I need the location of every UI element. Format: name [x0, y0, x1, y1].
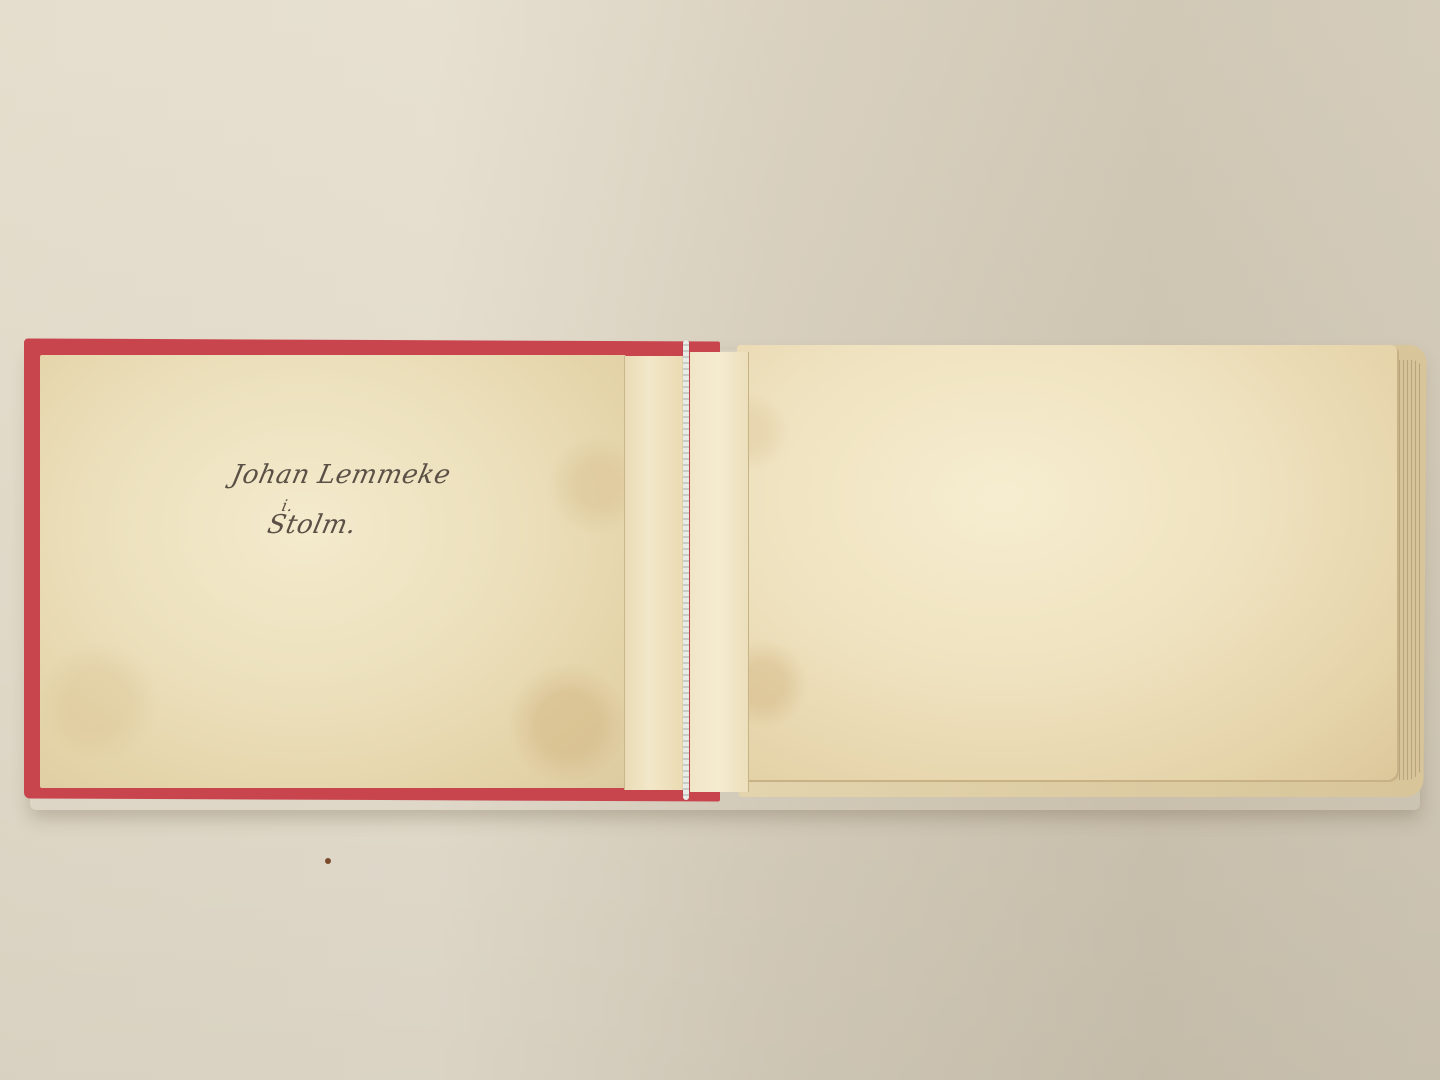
handwritten-inscription: Johan Lemmeke i. Stolm.: [232, 462, 450, 538]
page-edges: [1396, 360, 1422, 780]
binding-thread: [683, 340, 689, 800]
surface-speck: [325, 858, 331, 864]
gutter-strip-right: [690, 352, 749, 792]
gutter-strip-left: [624, 356, 687, 790]
right-page: [737, 345, 1397, 780]
left-endpaper: [40, 355, 626, 788]
inscription-place: Stolm.: [265, 512, 453, 538]
inscription-name: Johan Lemmeke: [229, 462, 453, 488]
